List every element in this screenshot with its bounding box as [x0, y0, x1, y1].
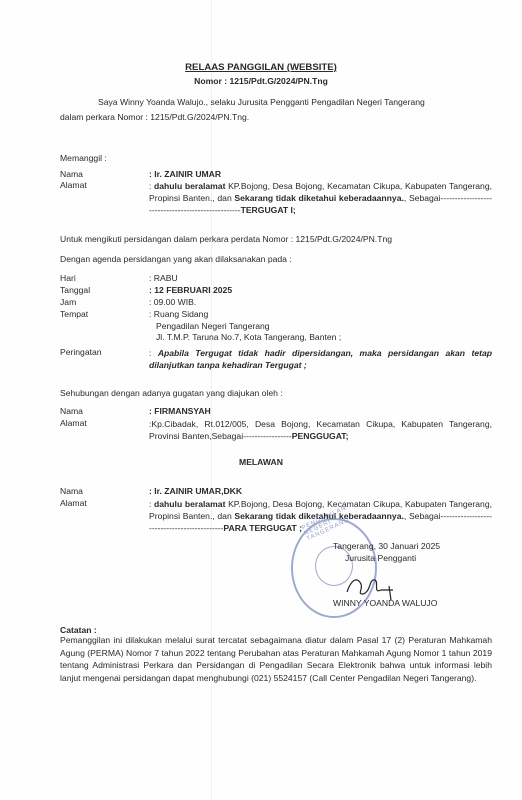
defendants-role: PARA TERGUGAT ; [223, 523, 302, 533]
defendants-name-value: : Ir. ZAINIR UMAR,DKK [149, 486, 492, 498]
versus-heading: MELAWAN [0, 457, 522, 467]
summoned-address-label: Alamat [60, 180, 148, 192]
signature-position: Jurusita Pengganti [345, 553, 522, 563]
plaintiff-address-value: :Kp.Cibadak, Rt.012/005, Desa Bojong, Ke… [149, 418, 492, 442]
date-value: : 12 FEBRUARI 2025 [149, 285, 492, 297]
time-value: : 09.00 WIB. [149, 297, 492, 309]
summoned-address-value: : dahulu beralamat KP.Bojong, Desa Bojon… [149, 180, 492, 216]
document-number: Nomor : 1215/Pdt.G/2024/PN.Tng [0, 76, 522, 86]
signature-place-date: Tangerang, 30 Januari 2025 [333, 541, 522, 551]
handwritten-signature-icon [345, 572, 405, 600]
plaintiff-address-label: Alamat [60, 418, 148, 430]
summoned-role: TERGUGAT I; [241, 205, 296, 215]
plaintiff-name-label: Nama [60, 406, 148, 418]
place-value: : Ruang Sidang Pengadilan Negeri Tangera… [149, 309, 492, 344]
defendants-address-label: Alamat [60, 498, 148, 510]
follow-case-text: Untuk mengikuti persidangan dalam perkar… [60, 232, 492, 247]
defendants-name-label: Nama [60, 486, 148, 498]
agenda-intro: Dengan agenda persidangan yang akan dila… [60, 252, 492, 267]
intro-line-2: dalam perkara Nomor : 1215/Pdt.G/2024/PN… [60, 110, 492, 125]
day-value: : RABU [149, 273, 492, 285]
date-label: Tanggal [60, 285, 148, 297]
time-label: Jam [60, 297, 148, 309]
notes-text: Pemanggilan ini dilakukan melalui surat … [60, 634, 492, 684]
lawsuit-intro: Sehubungan dengan adanya gugatan yang di… [60, 386, 492, 401]
day-label: Hari [60, 273, 148, 285]
plaintiff-name-value: : FIRMANSYAH [149, 406, 492, 418]
warning-label: Peringatan [60, 347, 148, 359]
intro-paragraph: Saya Winny Yoanda Walujo., selaku Jurusi… [60, 95, 492, 125]
document-title: RELAAS PANGGILAN (WEBSITE) [0, 62, 522, 73]
warning-value: : Apabila Tergugat tidak hadir dipersida… [149, 347, 492, 371]
summoned-name-value: : Ir. ZAINIR UMAR [149, 169, 492, 181]
summoned-name-label: Nama [60, 169, 148, 181]
intro-line-1: Saya Winny Yoanda Walujo., selaku Jurusi… [60, 95, 492, 110]
signature-name: WINNY YOANDA WALUJO [333, 598, 522, 608]
memanggil-label: Memanggil : [60, 151, 492, 166]
place-label: Tempat [60, 309, 148, 321]
plaintiff-role: PENGGUGAT; [292, 431, 349, 441]
